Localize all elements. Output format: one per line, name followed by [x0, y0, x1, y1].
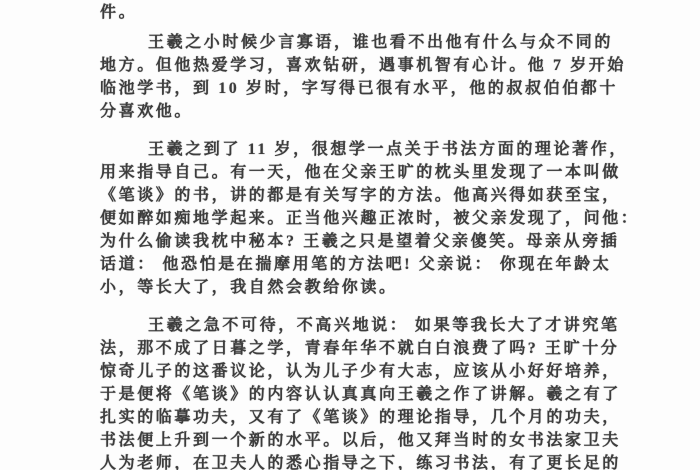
text-line: 分喜欢他。 [100, 100, 620, 123]
text-line: 法，那不成了日暮之学，青春年华不就白白浪费了吗? 王旷十分 [100, 337, 620, 360]
text-line: 王羲之到了 11 岁，很想学一点关于书法方面的理论著作， [100, 138, 620, 161]
text-line: 惊奇儿子的这番议论，认为儿子少有大志，应该从小好好培养， [100, 360, 620, 383]
text-line: 为什么偷读我枕中秘本? 王羲之只是望着父亲傻笑。母亲从旁插 [100, 230, 620, 253]
text-line: 小，等长大了，我自然会教给你读。 [100, 276, 620, 299]
document-text: 件。王羲之小时候少言寡语，谁也看不出他有什么与众不同的地方。但他热爱学习，喜欢钻… [100, 1, 620, 470]
text-line: 用来指导自己。有一天，他在父亲王旷的枕头里发现了一本叫做 [100, 161, 620, 184]
text-line: 《笔谈》的书，讲的都是有关写字的方法。他高兴得如获至宝， [100, 184, 620, 207]
text-line: 扎实的临摹功夫，又有了《笔谈》的理论指导，几个月的功夫， [100, 406, 620, 429]
text-line: 于是便将《笔谈》的内容认认真真向王羲之作了讲解。羲之有了 [100, 383, 620, 406]
text-line: 便如醉如痴地学起来。正当他兴趣正浓时，被父亲发现了，问他： [100, 207, 620, 230]
text-line: 临池学书，到 10 岁时，字写得已很有水平，他的叔叔伯伯都十 [100, 77, 620, 100]
text-line: 话道： 他恐怕是在揣摩用笔的方法吧! 父亲说： 你现在年龄太 [100, 253, 620, 276]
text-line: 地方。但他热爱学习，喜欢钻研，遇事机智有心计。他 7 岁开始 [100, 54, 620, 77]
paragraph: 件。 [100, 1, 620, 24]
paragraph: 王羲之到了 11 岁，很想学一点关于书法方面的理论著作，用来指导自己。有一天，他… [100, 138, 620, 299]
text-line: 件。 [100, 1, 620, 24]
document-page: 件。王羲之小时候少言寡语，谁也看不出他有什么与众不同的地方。但他热爱学习，喜欢钻… [0, 0, 700, 470]
text-line: 王羲之小时候少言寡语，谁也看不出他有什么与众不同的 [100, 31, 620, 54]
text-line: 书法便上升到一个新的水平。以后，他又拜当时的女书法家卫夫 [100, 429, 620, 452]
paragraph: 王羲之小时候少言寡语，谁也看不出他有什么与众不同的地方。但他热爱学习，喜欢钻研，… [100, 31, 620, 123]
text-line: 王羲之急不可待，不高兴地说： 如果等我长大了才讲究笔 [100, 314, 620, 337]
text-line: 人为老师，在卫夫人的悉心指导之下，练习书法，有了更长足的 [100, 452, 620, 470]
paragraph: 王羲之急不可待，不高兴地说： 如果等我长大了才讲究笔法，那不成了日暮之学，青春年… [100, 314, 620, 470]
